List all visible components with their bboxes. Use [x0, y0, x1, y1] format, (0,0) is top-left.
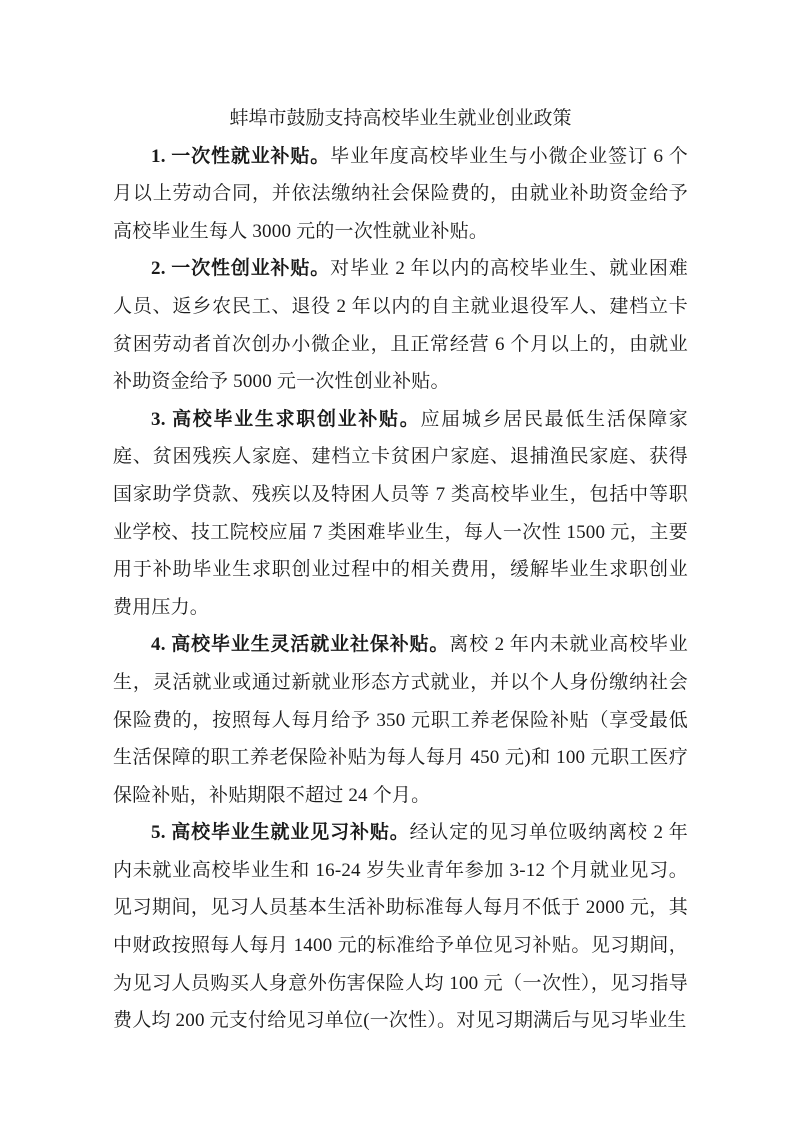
document-title: 蚌埠市鼓励支持高校毕业生就业创业政策 — [113, 100, 688, 138]
document-content: 蚌埠市鼓励支持高校毕业生就业创业政策 1. 一次性就业补贴。毕业年度高校毕业生与… — [113, 100, 688, 1040]
paragraph-4-label: 4. 高校毕业生灵活就业社保补贴。 — [151, 634, 449, 655]
policy-paragraph-3: 3. 高校毕业生求职创业补贴。应届城乡居民最低生活保障家庭、贫困残疾人家庭、建档… — [113, 401, 688, 627]
paragraph-1-label: 1. 一次性就业补贴。 — [151, 146, 330, 167]
policy-paragraph-1: 1. 一次性就业补贴。毕业年度高校毕业生与小微企业签订 6 个月以上劳动合同，并… — [113, 138, 688, 251]
paragraph-4-body: 离校 2 年内未就业高校毕业生，灵活就业或通过新就业形态方式就业，并以个人身份缴… — [113, 634, 688, 805]
document-page: 蚌埠市鼓励支持高校毕业生就业创业政策 1. 一次性就业补贴。毕业年度高校毕业生与… — [0, 0, 799, 1131]
policy-paragraph-5: 5. 高校毕业生就业见习补贴。经认定的见习单位吸纳离校 2 年内未就业高校毕业生… — [113, 814, 688, 1040]
policy-paragraph-2: 2. 一次性创业补贴。对毕业 2 年以内的高校毕业生、就业困难人员、返乡农民工、… — [113, 250, 688, 400]
paragraph-5-body: 经认定的见习单位吸纳离校 2 年内未就业高校毕业生和 16-24 岁失业青年参加… — [113, 822, 688, 1031]
paragraph-3-body: 应届城乡居民最低生活保障家庭、贫困残疾人家庭、建档立卡贫困户家庭、退捕渔民家庭、… — [113, 409, 688, 618]
policy-paragraph-4: 4. 高校毕业生灵活就业社保补贴。离校 2 年内未就业高校毕业生，灵活就业或通过… — [113, 626, 688, 814]
paragraph-5-label: 5. 高校毕业生就业见习补贴。 — [151, 822, 410, 843]
paragraph-2-label: 2. 一次性创业补贴。 — [151, 258, 330, 279]
paragraph-3-label: 3. 高校毕业生求职创业补贴。 — [151, 409, 420, 430]
